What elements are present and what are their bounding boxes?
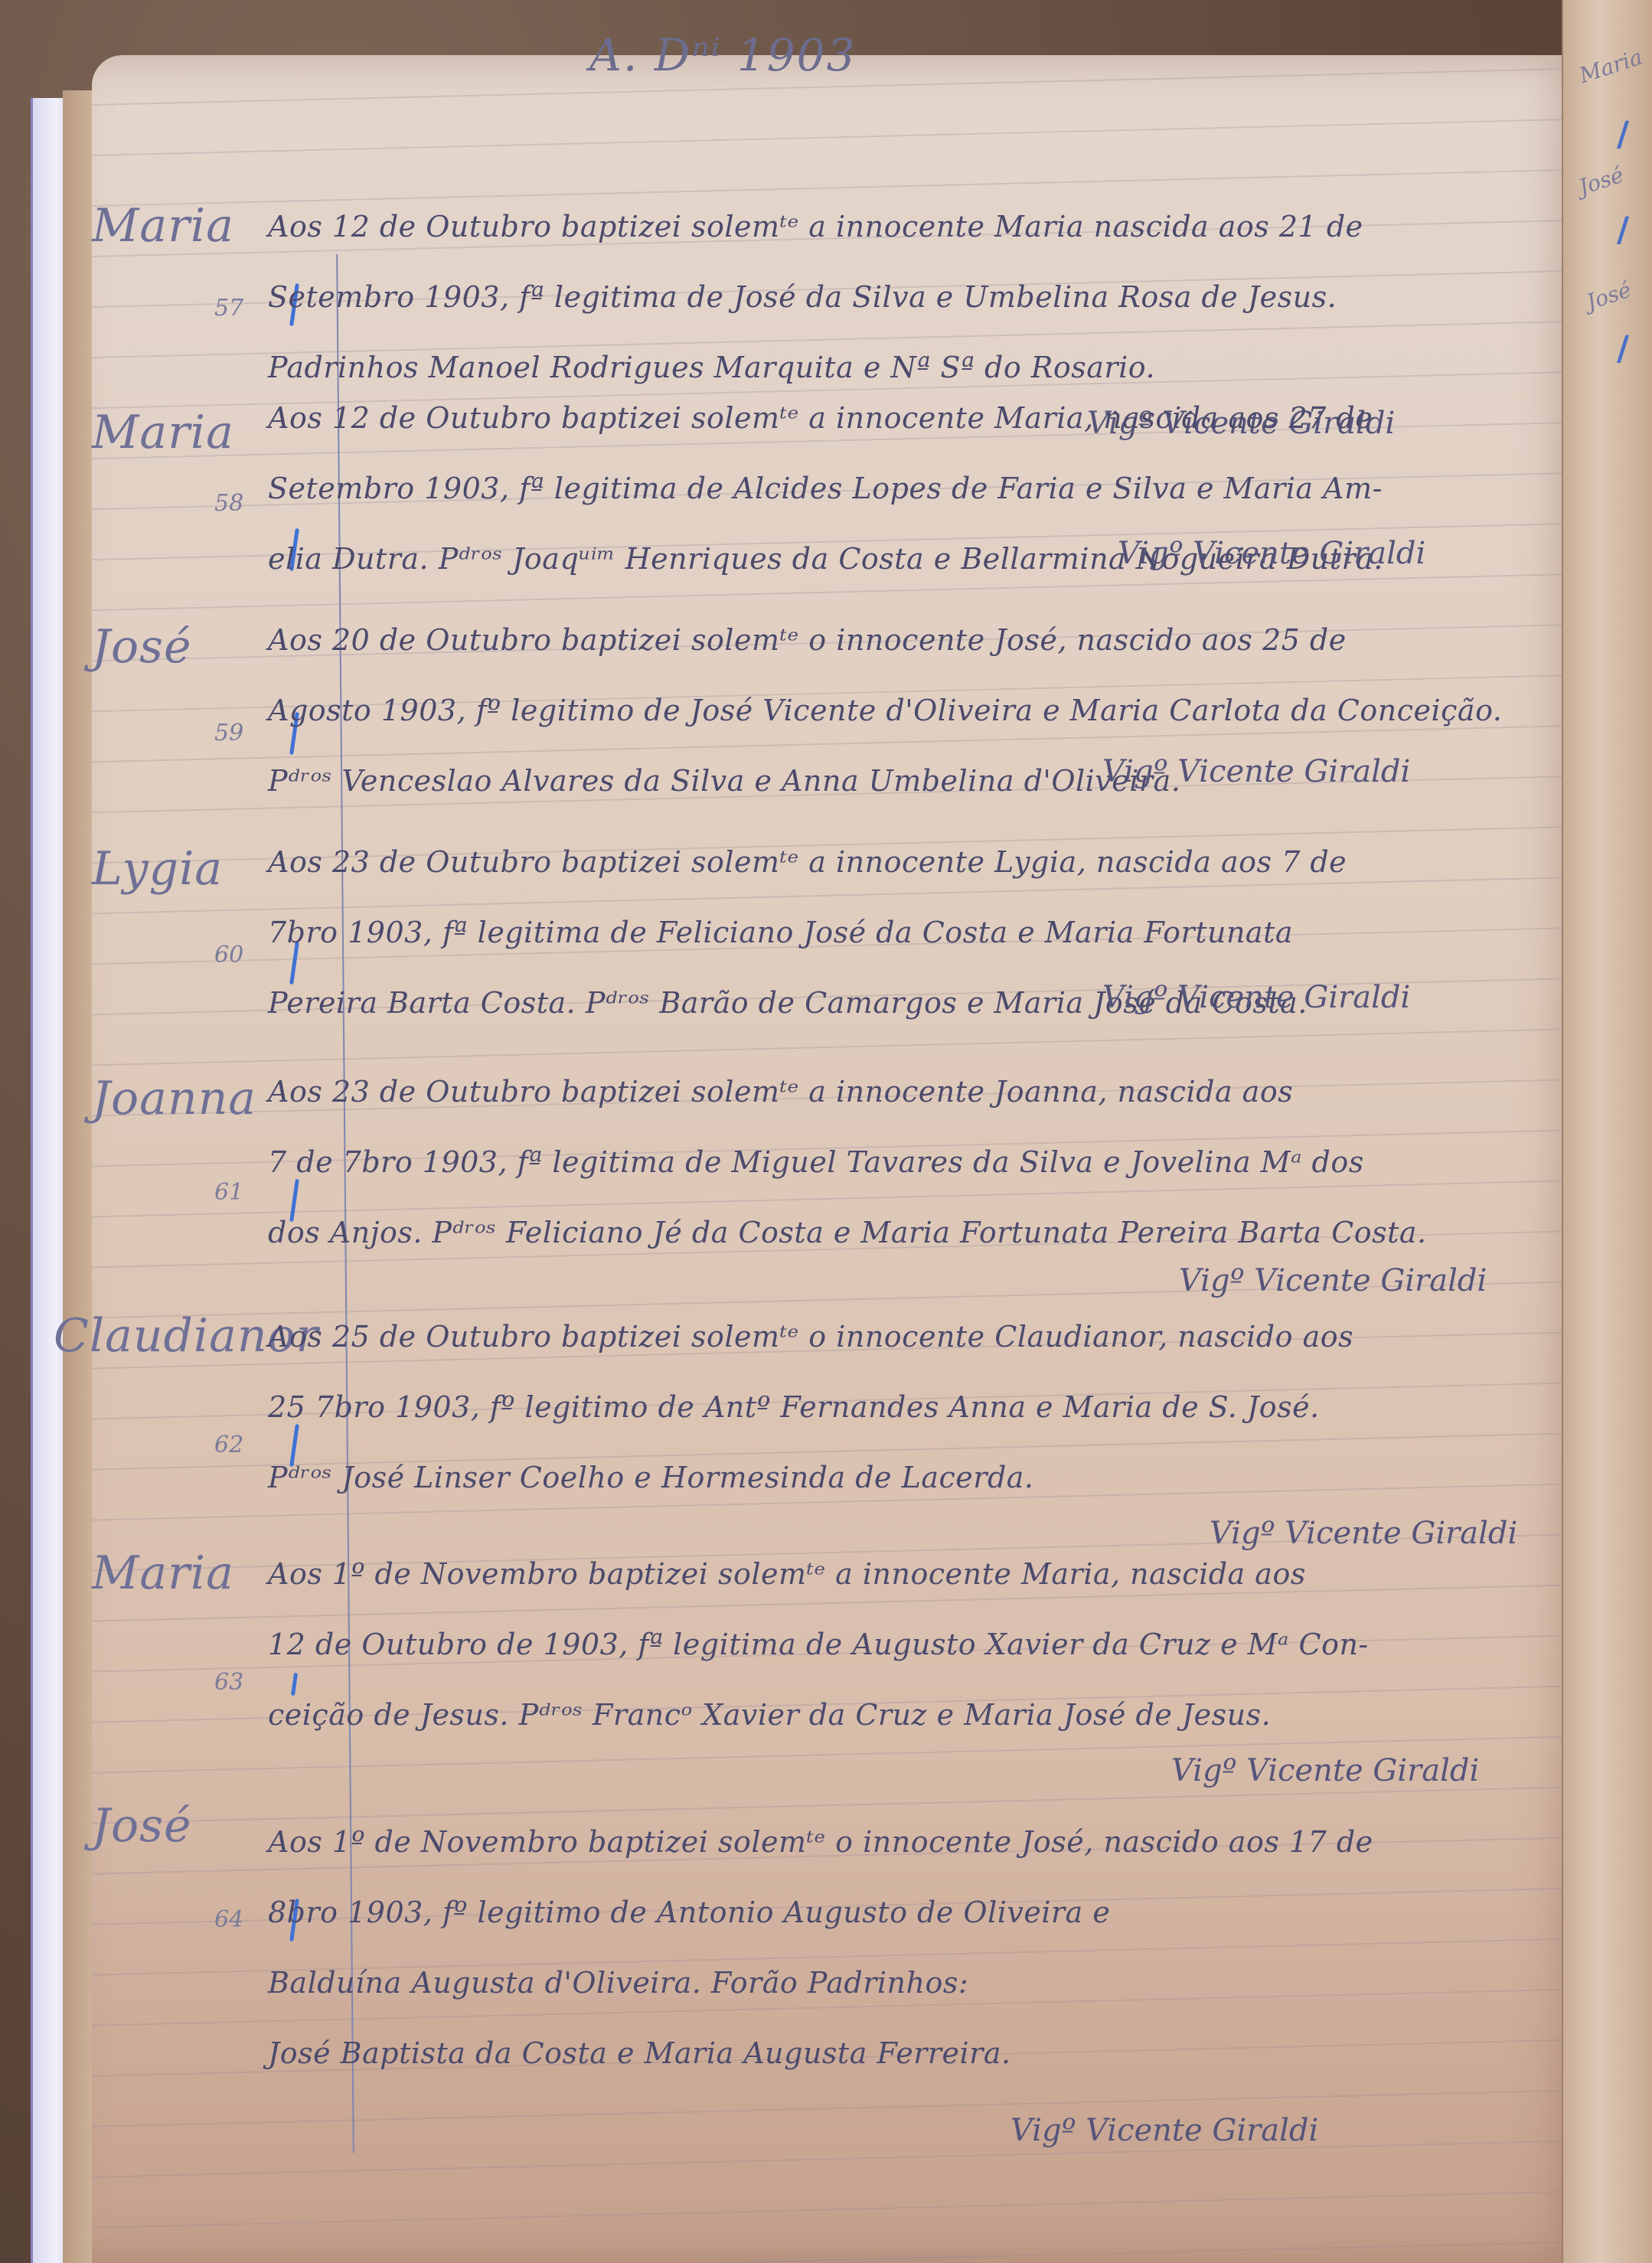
entry-line: José Baptista da Costa e Maria Augusta F… <box>268 2018 1585 2088</box>
entry-name: Lygia <box>92 842 223 896</box>
priest-signature: Vigº Vicente Giraldi <box>1118 536 1425 571</box>
entry-line: Aos 1º de Novembro baptizei solemᵗᵉ o in… <box>268 1807 1585 1877</box>
entry-line: dos Anjos. Pᵈʳᵒˢ Feliciano Jé da Costa e… <box>268 1197 1585 1268</box>
entry-line: Aos 12 de Outubro baptizei solemᵗᵉ a inn… <box>268 383 1585 453</box>
priest-signature: Vigº Vicente Giraldi <box>1010 2113 1318 2148</box>
facing-fragment: Maria <box>1576 44 1645 88</box>
blue-tick-icon: / <box>1617 329 1629 368</box>
entry-line: 7 de 7bro 1903, fª legitima de Miguel Ta… <box>268 1127 1585 1197</box>
entry-line: Aos 23 de Outubro baptizei solemᵗᵉ a inn… <box>268 827 1585 897</box>
entry-number: 64 <box>214 1906 243 1933</box>
entry-line: Pᵈʳᵒˢ José Linser Coelho e Hormesinda de… <box>268 1442 1585 1513</box>
priest-signature: Vigº Vicente Giraldi <box>1102 754 1410 789</box>
entry-line: Aos 20 de Outubro baptizei solemᵗᵉ o inn… <box>268 605 1585 675</box>
entry-name: José <box>92 1799 191 1853</box>
entry-line: Aos 25 de Outubro baptizei solemᵗᵉ o inn… <box>268 1301 1585 1372</box>
blue-tick-icon: / <box>1617 211 1629 250</box>
entry-number: 60 <box>214 942 243 968</box>
entry-line: 8bro 1903, fº legitimo de Antonio August… <box>268 1877 1585 1948</box>
entry-line: Balduína Augusta d'Oliveira. Forão Padri… <box>268 1948 1585 2018</box>
entry-number: 61 <box>214 1179 243 1206</box>
entry-line: Aos 23 de Outubro baptizei solemᵗᵉ a inn… <box>268 1056 1585 1127</box>
entry-line: Setembro 1903, fª legitima de José da Si… <box>268 262 1585 332</box>
entry-line: Aos 12 de Outubro baptizei solemᵗᵉ a inn… <box>268 191 1585 262</box>
page-header-year: A. Dⁿⁱ 1903 <box>589 29 856 81</box>
entry-name: Joanna <box>92 1072 256 1125</box>
entry-name: Maria <box>92 1546 234 1600</box>
priest-signature: Vigº Vicente Giraldi <box>1171 1753 1479 1788</box>
entry-line: Agosto 1903, fº legitimo de José Vicente… <box>268 675 1585 746</box>
entry-number: 63 <box>214 1669 243 1696</box>
entry-name: José <box>92 620 191 674</box>
entry-name: Maria <box>92 406 234 459</box>
entry-number: 59 <box>214 720 243 746</box>
entry-line: Aos 1º de Novembro baptizei solemᵗᵉ a in… <box>268 1539 1585 1609</box>
entry-number: 58 <box>214 490 243 517</box>
entry-number: 57 <box>214 295 243 322</box>
entry-line: 25 7bro 1903, fº legitimo de Antº Fernan… <box>268 1372 1585 1442</box>
entry-line: Setembro 1903, fª legitima de Alcides Lo… <box>268 453 1585 524</box>
entry-line: 7bro 1903, fª legitima de Feliciano José… <box>268 897 1585 968</box>
entry-number: 62 <box>214 1432 243 1458</box>
facing-fragment: José <box>1583 277 1634 315</box>
priest-signature: Vigº Vicente Giraldi <box>1179 1263 1487 1298</box>
blue-tick-icon: / <box>1617 115 1629 154</box>
entry-line: ceição de Jesus. Pᵈʳᵒˢ Francᵒ Xavier da … <box>268 1680 1585 1750</box>
priest-signature: Vigº Vicente Giraldi <box>1102 980 1410 1015</box>
entry-line: 12 de Outubro de 1903, fª legitima de Au… <box>268 1609 1585 1680</box>
entry-name: Maria <box>92 199 234 253</box>
